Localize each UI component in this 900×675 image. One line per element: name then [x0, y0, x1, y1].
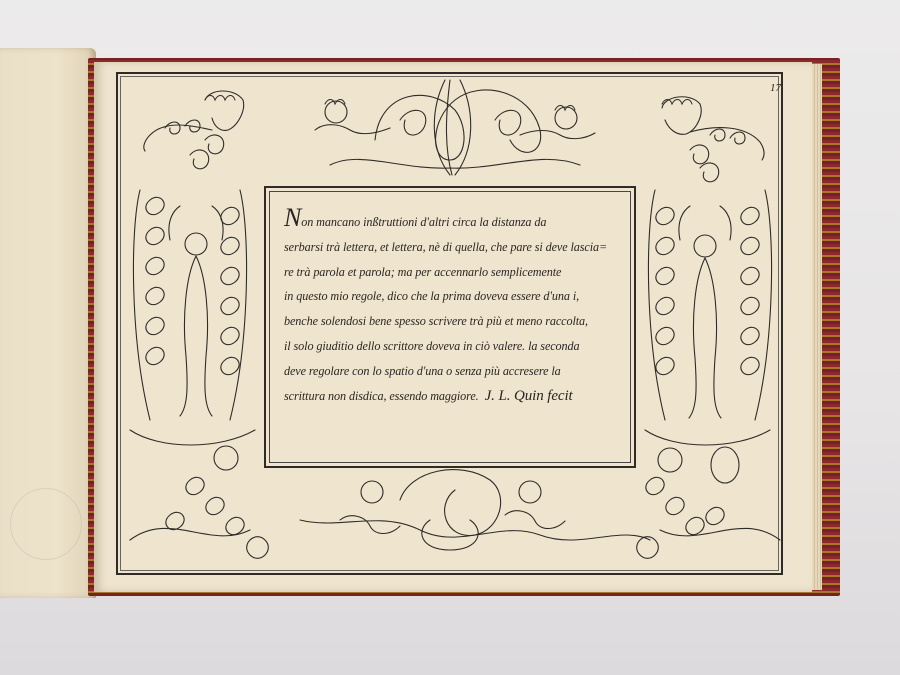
text-line-4: in questo mio regole, dico che la prima … [284, 284, 620, 309]
top-left-woman-figure [144, 91, 244, 169]
text-line-3: re trà parola et parola; ma per accennar… [284, 260, 620, 285]
top-right-woman-figure [662, 97, 764, 182]
top-cherubs [315, 100, 595, 139]
left-side-flourish-column [130, 190, 255, 445]
calligraphic-text: Non mancano inßtruttioni d'altri circa l… [284, 210, 620, 408]
top-central-knot-ornament [330, 80, 580, 175]
right-side-flourish-column [645, 190, 772, 445]
text-line-5: benche solendosi bene spesso scrivere tr… [284, 309, 620, 334]
text-line-7: deve regolare con lo spatio d'una o senz… [284, 359, 620, 384]
text-line-1: Non mancano inßtruttioni d'altri circa l… [284, 210, 620, 235]
text-line-2: serbarsi trà lettera, et lettera, nè di … [284, 235, 620, 260]
text-line-6: il solo giuditio dello scrittore doveva … [284, 334, 620, 359]
text-line-8: scrittura non disdica, essendo maggiore.… [284, 384, 620, 409]
text-block-frame: Non mancano inßtruttioni d'altri circa l… [264, 186, 636, 468]
decorated-initial: N [284, 203, 301, 232]
engraver-signature: J. L. Quin fecit [485, 388, 573, 404]
